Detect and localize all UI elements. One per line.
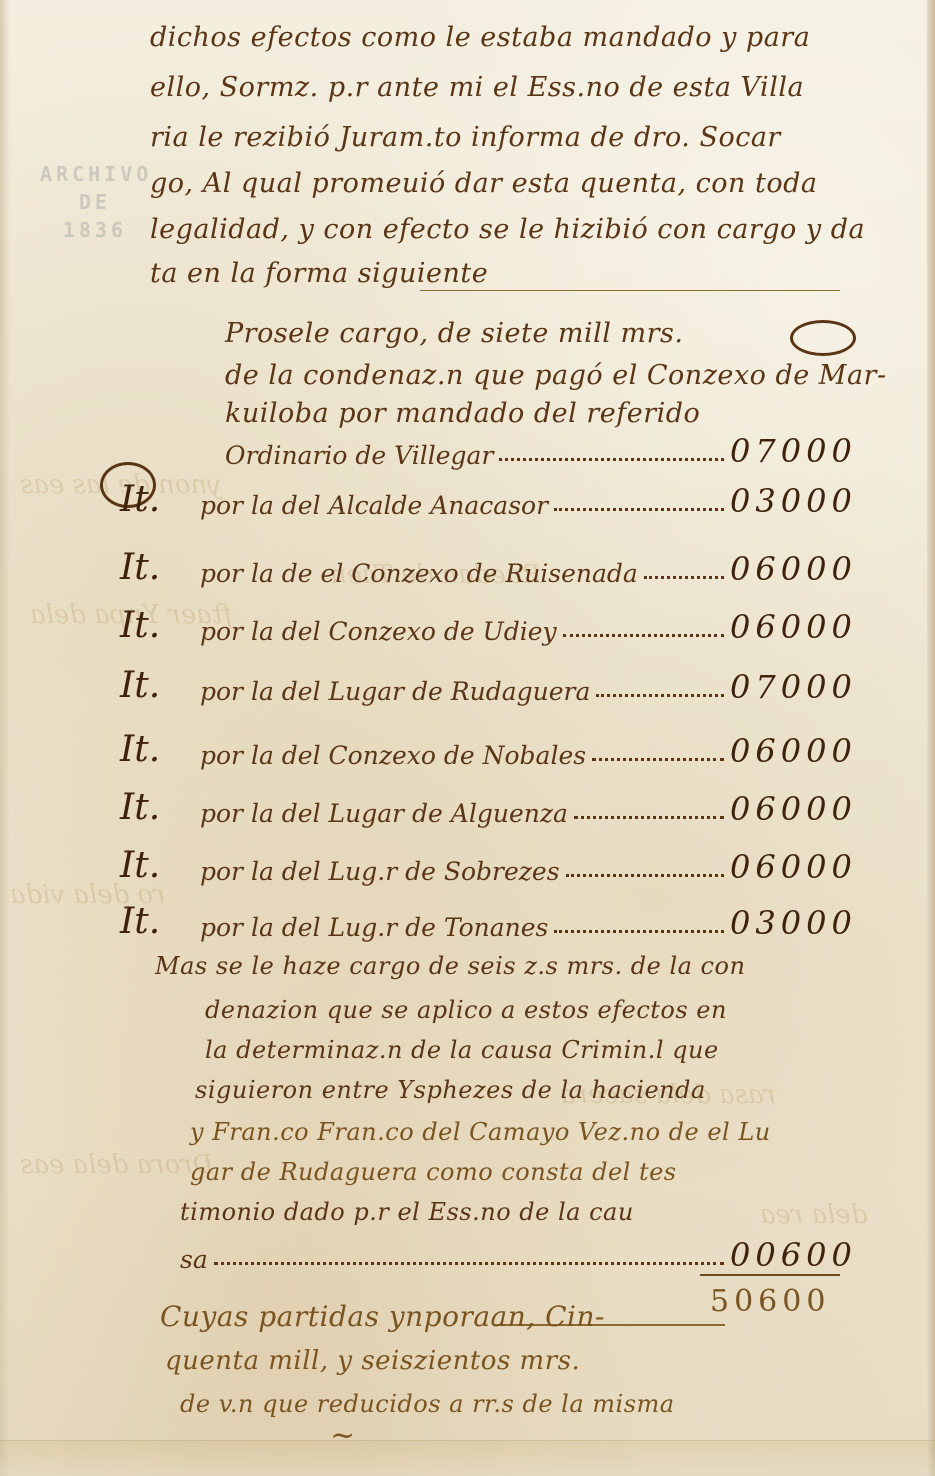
leader-dots [596, 693, 724, 697]
item-prefix: It. [120, 845, 200, 886]
entry-row: It. por la del Lug.r de Tonanes 03000 [120, 892, 880, 942]
entry-description: por la del Conzexo de Nobales [200, 741, 586, 770]
entry-amount: 07000 [730, 432, 880, 470]
leader-dots [592, 757, 724, 761]
entry-description: por la de el Conzexo de Ruisenada [200, 559, 638, 588]
leader-dots [499, 457, 724, 461]
header-line: ello, Sormz. p.r ante mi el Ess.no de es… [150, 72, 804, 103]
stamp-line: 1836 [40, 216, 150, 244]
item-prefix: It. [120, 729, 200, 770]
additional-charge-line: la determinaz.n de la causa Crimin.l que [205, 1036, 719, 1064]
leader-dots [554, 929, 724, 933]
closing-line: Cuyas partidas ynporaan, Cin- [160, 1300, 605, 1333]
entry-row: It. por la del Lug.r de Sobrezes 06000 [120, 836, 880, 886]
item-prefix: It. [120, 787, 200, 828]
leader-dots [566, 873, 724, 877]
entry-amount: 03000 [730, 482, 880, 520]
total-rule-top [700, 1274, 840, 1276]
charge-intro-last-line: Ordinario de Villegar [225, 441, 493, 470]
entry-amount: 00600 [730, 1236, 880, 1274]
item-prefix: It. [120, 479, 200, 520]
header-line: go, Al qual promeuió dar esta quenta, co… [150, 168, 818, 199]
total-amount: 50600 [710, 1284, 830, 1319]
entry-amount: 06000 [730, 790, 880, 828]
additional-charge-line: Mas se le haze cargo de seis z.s mrs. de… [155, 952, 745, 980]
item-prefix: It. [120, 605, 200, 646]
archive-stamp: ARCHIVO DE 1836 [40, 160, 150, 260]
additional-charge-amount-row: sa 00600 [180, 1224, 880, 1274]
closing-line: de v.n que reducidos a rr.s de la misma [180, 1390, 675, 1418]
item-prefix: It. [120, 901, 200, 942]
entry-description: por la del Lug.r de Sobrezes [200, 857, 560, 886]
header-line: legalidad, y con efecto se le hizibió co… [150, 214, 865, 245]
leader-dots [554, 507, 724, 511]
flourish-icon [790, 320, 856, 356]
page-bottom-fold [0, 1440, 935, 1476]
bleed-through-text: Drora dela eas [20, 1150, 213, 1180]
additional-charge-line: gar de Rudaguera como consta del tes [190, 1158, 677, 1186]
header-line: ta en la forma siguiente [150, 258, 488, 289]
charge-intro-amount-row: Ordinario de Villegar 07000 [225, 420, 880, 470]
leader-dots [574, 815, 724, 819]
entry-description: por la del Alcalde Anacasor [200, 491, 548, 520]
additional-charge-line: y Fran.co Fran.co del Camayo Vez.no de e… [190, 1118, 771, 1146]
entry-amount: 03000 [730, 904, 880, 942]
stamp-line: DE [40, 188, 150, 216]
additional-charge-line: siguieron entre Ysphezes de la hacienda [195, 1076, 706, 1104]
entry-row: It. por la del Conzexo de Udiey 06000 [120, 596, 880, 646]
page-left-edge [0, 0, 10, 1476]
header-line: dichos efectos como le estaba mandado y … [150, 22, 810, 53]
charge-intro-line: de la condenaz.n que pagó el Conzexo de … [225, 360, 887, 391]
leader-dots [644, 575, 724, 579]
charge-intro-line: Prosele cargo, de siete mill mrs. [225, 318, 683, 349]
entry-amount: 06000 [730, 732, 880, 770]
header-underline [420, 290, 840, 291]
additional-charge-line: timonio dado p.r el Ess.no de la cau [180, 1198, 634, 1226]
entry-description: por la del Lug.r de Tonanes [200, 913, 548, 942]
additional-charge-line: denazion que se aplico a estos efectos e… [205, 996, 727, 1024]
header-line: ria le rezibió Juram.to informa de dro. … [150, 122, 781, 153]
entry-description: por la del Lugar de Rudaguera [200, 677, 590, 706]
entry-amount: 06000 [730, 848, 880, 886]
page-right-edge [927, 0, 935, 1476]
item-prefix: It. [120, 547, 200, 588]
closing-flourish: ~ [330, 1418, 356, 1453]
leader-dots [563, 633, 724, 637]
entry-amount: 06000 [730, 608, 880, 646]
entry-row: It. por la del Lugar de Alguenza 06000 [120, 778, 880, 828]
item-prefix: It. [120, 665, 200, 706]
entry-row: It. por la del Conzexo de Nobales 06000 [120, 720, 880, 770]
entry-row: It. por la del Alcalde Anacasor 03000 [120, 470, 880, 520]
entry-amount: 07000 [730, 668, 880, 706]
leader-dots [214, 1261, 724, 1265]
additional-charge-last-line: sa [180, 1245, 208, 1274]
closing-line: quenta mill, y seiszientos mrs. [165, 1346, 580, 1376]
entry-description: por la del Lugar de Alguenza [200, 799, 568, 828]
entry-row: It. por la de el Conzexo de Ruisenada 06… [120, 538, 880, 588]
entry-row: It. por la del Lugar de Rudaguera 07000 [120, 656, 880, 706]
stamp-line: ARCHIVO [40, 160, 150, 188]
entry-amount: 06000 [730, 550, 880, 588]
entry-description: por la del Conzexo de Udiey [200, 617, 557, 646]
manuscript-page: ARCHIVO DE 1836 ynon de las eas ftaer Yn… [0, 0, 935, 1476]
